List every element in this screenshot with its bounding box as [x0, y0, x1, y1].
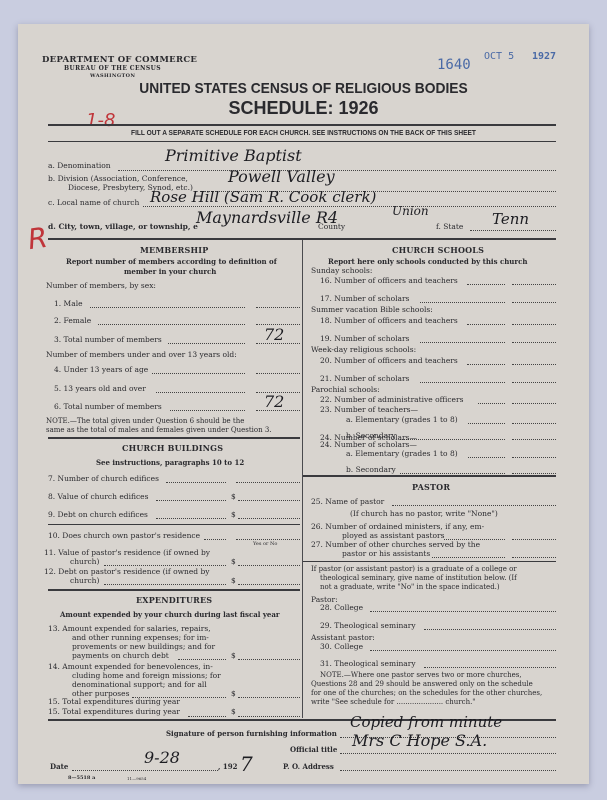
q25-note: (If church has no pastor, write "None")	[350, 509, 498, 518]
yes-no-hint: Yes or No	[253, 541, 277, 547]
q18-leader	[467, 324, 505, 325]
buildings-rule	[48, 524, 300, 525]
q19-leader	[420, 342, 505, 343]
q14-label-3: denominational support; and for all	[72, 680, 207, 689]
local-name-label: c. Local name of church	[48, 198, 139, 207]
q19-label: 19. Number of scholars	[320, 334, 409, 343]
q24b-leader	[400, 473, 505, 474]
q16-label: 16. Number of officers and teachers	[320, 276, 458, 285]
q26-label-2: ployed as assistant pastors	[342, 531, 445, 540]
year-field[interactable]: 7	[240, 752, 253, 776]
buildings-intro: See instructions, paragraphs 10 to 12	[96, 458, 244, 467]
form-number: 8—5518 a	[68, 775, 95, 781]
q3-label: 3. Total number of members	[54, 335, 162, 344]
q20-label: 20. Number of officers and teachers	[320, 356, 458, 365]
q10-label: 10. Does church own pastor's residence	[48, 531, 200, 540]
q24-row: 24. Number of scholars—	[320, 440, 417, 449]
official-title-line	[340, 753, 556, 754]
q26-field[interactable]	[512, 539, 556, 540]
q24a-field[interactable]	[512, 457, 556, 458]
po-address-field[interactable]	[340, 770, 556, 771]
q8-label: 8. Value of church edifices	[48, 492, 148, 501]
q24a-label: a. Elementary (grades 1 to 8)	[346, 449, 458, 458]
pastor-note-2: Questions 28 and 29 should be answered o…	[311, 680, 533, 689]
q1-field[interactable]	[256, 307, 300, 308]
summer-schools-label: Summer vacation Bible schools:	[311, 305, 433, 314]
schools-intro: Report here only schools conducted by th…	[328, 257, 527, 266]
local-name-field[interactable]: Rose Hill (Sam R. Cook clerk)	[150, 188, 376, 206]
q20-leader	[467, 364, 505, 365]
expenditures-title: EXPENDITURES	[136, 595, 212, 605]
by-age-label: Number of members under and over 13 year…	[46, 350, 237, 359]
q8-leader	[156, 500, 226, 501]
schools-rule	[303, 475, 556, 477]
q22-field[interactable]	[512, 403, 556, 404]
division-label: b. Division (Association, Conference,	[48, 174, 188, 183]
department-name: DEPARTMENT OF COMMERCE	[42, 55, 197, 65]
q30-label: 30. College	[320, 642, 363, 651]
city-field[interactable]: Maynardsville R4	[196, 208, 338, 227]
q14-field[interactable]	[238, 697, 300, 698]
stamp-year: 1927	[532, 51, 556, 62]
q20-field[interactable]	[512, 364, 556, 365]
q6-label: 6. Total number of members	[54, 402, 162, 411]
county-field[interactable]: Union	[392, 204, 429, 218]
q27-leader	[432, 557, 505, 558]
q26-label: 26. Number of ordained ministers, if any…	[311, 522, 484, 531]
membership-note: NOTE.—The total given under Question 6 s…	[46, 417, 244, 426]
q28-field[interactable]	[370, 611, 556, 612]
q4-label: 4. Under 13 years of age	[54, 365, 148, 374]
q15-label: 15. Total expenditures during year	[48, 697, 180, 706]
header-rule-2	[48, 141, 556, 142]
q28-label: 28. College	[320, 603, 363, 612]
city-label: d. City, town, village, or township, e	[48, 222, 198, 231]
q4-field[interactable]	[256, 373, 300, 374]
q13-label-4: payments on church debt	[72, 651, 169, 660]
q23a-leader	[468, 423, 505, 424]
form-title: UNITED STATES CENSUS OF RELIGIOUS BODIES	[24, 80, 582, 97]
q27-label-2: pastor or his assistants	[342, 549, 430, 558]
q25-field[interactable]	[392, 505, 556, 506]
q9-label: 9. Debt on church edifices	[48, 510, 148, 519]
date-label: Date	[50, 762, 68, 771]
q7-field[interactable]	[236, 482, 300, 483]
q12-label: 12. Debt on pastor's residence (if owned…	[44, 567, 210, 576]
q5-label: 5. 13 years old and over	[54, 384, 146, 393]
q31-field[interactable]	[424, 667, 556, 668]
q27-field[interactable]	[512, 557, 556, 558]
denomination-line	[118, 170, 556, 171]
q13-field[interactable]	[238, 659, 300, 660]
q9-leader	[156, 518, 226, 519]
q9-dollar: $	[231, 510, 236, 519]
q16-field[interactable]	[512, 284, 556, 285]
q5-leader	[156, 392, 245, 393]
q29-field[interactable]	[424, 629, 556, 630]
stamp-number: 1640	[437, 57, 471, 73]
q11-label: 11. Value of pastor's residence (if owne…	[44, 548, 210, 557]
q14-label: 14. Amount expended for benevolences, in…	[48, 662, 213, 671]
q27-label: 27. Number of other churches served by t…	[311, 540, 480, 549]
pastor-note-4: write "See schedule for ................…	[311, 698, 476, 707]
buildings-title: CHURCH BUILDINGS	[122, 443, 223, 453]
q13-label: 13. Amount expended for salaries, repair…	[48, 624, 211, 633]
q29-label: 29. Theological seminary	[320, 621, 416, 630]
q23a-label: a. Elementary (grades 1 to 8)	[346, 415, 458, 424]
q19-field[interactable]	[512, 342, 556, 343]
q11-field[interactable]	[238, 565, 300, 566]
state-label: f. State	[436, 222, 463, 231]
graduate-instructions: If pastor (or assistant pastor) is a gra…	[311, 565, 517, 574]
membership-note-2: same as the total of males and females g…	[46, 426, 272, 435]
q3-leader	[168, 343, 245, 344]
q13-label-3: provements or new buildings; and for	[72, 642, 215, 651]
pastor-title: PASTOR	[412, 482, 450, 492]
q22-label: 22. Number of administrative officers	[320, 395, 463, 404]
division-field[interactable]: Powell Valley	[228, 167, 335, 186]
denomination-label: a. Denomination	[48, 161, 111, 170]
q17-label: 17. Number of scholars	[320, 294, 409, 303]
q8-dollar: $	[231, 492, 236, 501]
graduate-instructions-3: not a graduate, write "No" in the space …	[320, 583, 500, 592]
official-title-label: Official title	[290, 745, 337, 754]
q14-dollar: $	[231, 689, 236, 698]
q12-leader	[104, 584, 226, 585]
q15-leader	[188, 716, 226, 717]
official-title-field[interactable]: Mrs C Hope S.A.	[352, 731, 487, 750]
q24b-label: b. Secondary	[346, 465, 396, 474]
q15-dollar: $	[231, 707, 236, 716]
q11-dollar: $	[231, 557, 236, 566]
signature-field[interactable]: Copied from minute	[350, 713, 502, 731]
q12-label-2: church)	[70, 576, 99, 585]
city-name: WASHINGTON	[90, 73, 135, 79]
q14-label-2: cluding home and foreign missions; for	[72, 671, 221, 680]
stamp-date: OCT 5	[484, 51, 514, 62]
q22-leader	[478, 403, 505, 404]
pastor-note-3: for one of the churches; on the schedule…	[311, 689, 542, 698]
pastor-rule	[303, 561, 556, 562]
header-rule	[48, 124, 556, 126]
graduate-instructions-2: theological seminary, give name of insti…	[320, 574, 517, 583]
q13-leader	[178, 659, 226, 660]
q11-leader	[104, 565, 226, 566]
q2-leader	[98, 324, 245, 325]
membership-intro: Report number of members according to de…	[66, 257, 277, 266]
denomination-field[interactable]: Primitive Baptist	[165, 146, 302, 165]
q12-dollar: $	[231, 576, 236, 585]
q15-field[interactable]	[238, 716, 300, 717]
q21-label: 21. Number of scholars	[320, 374, 409, 383]
parochial-schools-label: Parochial schools:	[311, 385, 380, 394]
q15-label-line: 15. Total expenditures during year	[48, 707, 180, 716]
q24b-field[interactable]	[512, 473, 556, 474]
q17-leader	[420, 302, 505, 303]
q18-label: 18. Number of officers and teachers	[320, 316, 458, 325]
year-prefix: , 192	[218, 762, 238, 771]
q18-field[interactable]	[512, 324, 556, 325]
q21-leader	[420, 382, 505, 383]
q10-leader	[204, 539, 226, 540]
state-line	[470, 230, 556, 231]
assistant-pastor-label: Assistant pastor:	[311, 633, 375, 642]
pastor-note: NOTE.—Where one pastor serves two or mor…	[320, 671, 522, 680]
q6-field[interactable]: 72	[264, 392, 284, 411]
q25-label: 25. Name of pastor	[311, 497, 384, 506]
q21-field[interactable]	[512, 382, 556, 383]
po-address-label: P. O. Address	[283, 762, 334, 771]
q9-field[interactable]	[238, 518, 300, 519]
q17-field[interactable]	[512, 302, 556, 303]
schools-title: CHURCH SCHOOLS	[392, 245, 484, 255]
q16-leader	[467, 284, 505, 285]
q23b-field[interactable]	[512, 439, 556, 440]
q31-label: 31. Theological seminary	[320, 659, 416, 668]
q10-field[interactable]	[236, 539, 300, 540]
date-line	[72, 770, 218, 771]
q30-field[interactable]	[370, 650, 556, 651]
q1-label: 1. Male	[54, 299, 83, 308]
signature-label: Signature of person furnishing informati…	[166, 729, 337, 738]
q8-field[interactable]	[238, 500, 300, 501]
membership-title: MEMBERSHIP	[140, 245, 208, 255]
weekday-schools-label: Week-day religious schools:	[311, 345, 416, 354]
column-divider	[302, 240, 303, 718]
q13-dollar: $	[231, 651, 236, 660]
q23a-field[interactable]	[512, 423, 556, 424]
print-number: 11—9654	[127, 776, 146, 781]
q6-leader	[170, 410, 245, 411]
membership-rule	[48, 437, 300, 439]
sunday-schools-label: Sunday schools:	[311, 266, 372, 275]
date-field[interactable]: 9-28	[144, 748, 180, 767]
q24a-leader	[468, 457, 505, 458]
expenditures-intro: Amount expended by your church during la…	[60, 610, 280, 619]
q13-label-2: and other running expenses; for im-	[72, 633, 209, 642]
q23-label: 23. Number of teachers—	[320, 405, 418, 414]
q7-label: 7. Number of church edifices	[48, 474, 159, 483]
buildings-end-rule	[48, 589, 300, 591]
q1-leader	[90, 307, 245, 308]
fill-out-instructions: FILL OUT A SEPARATE SCHEDULE FOR EACH CH…	[36, 128, 570, 137]
q3-field[interactable]: 72	[264, 325, 284, 344]
q11-label-2: church)	[70, 557, 99, 566]
membership-intro-2: member in your church	[124, 267, 216, 276]
state-field[interactable]: Tenn	[492, 210, 529, 228]
by-sex-label: Number of members, by sex:	[46, 281, 156, 290]
local-name-line	[143, 206, 556, 207]
q2-label: 2. Female	[54, 316, 91, 325]
q7-leader	[166, 482, 226, 483]
q12-field[interactable]	[238, 584, 300, 585]
bureau-name: BUREAU OF THE CENSUS	[64, 65, 161, 72]
q4-leader	[152, 373, 245, 374]
